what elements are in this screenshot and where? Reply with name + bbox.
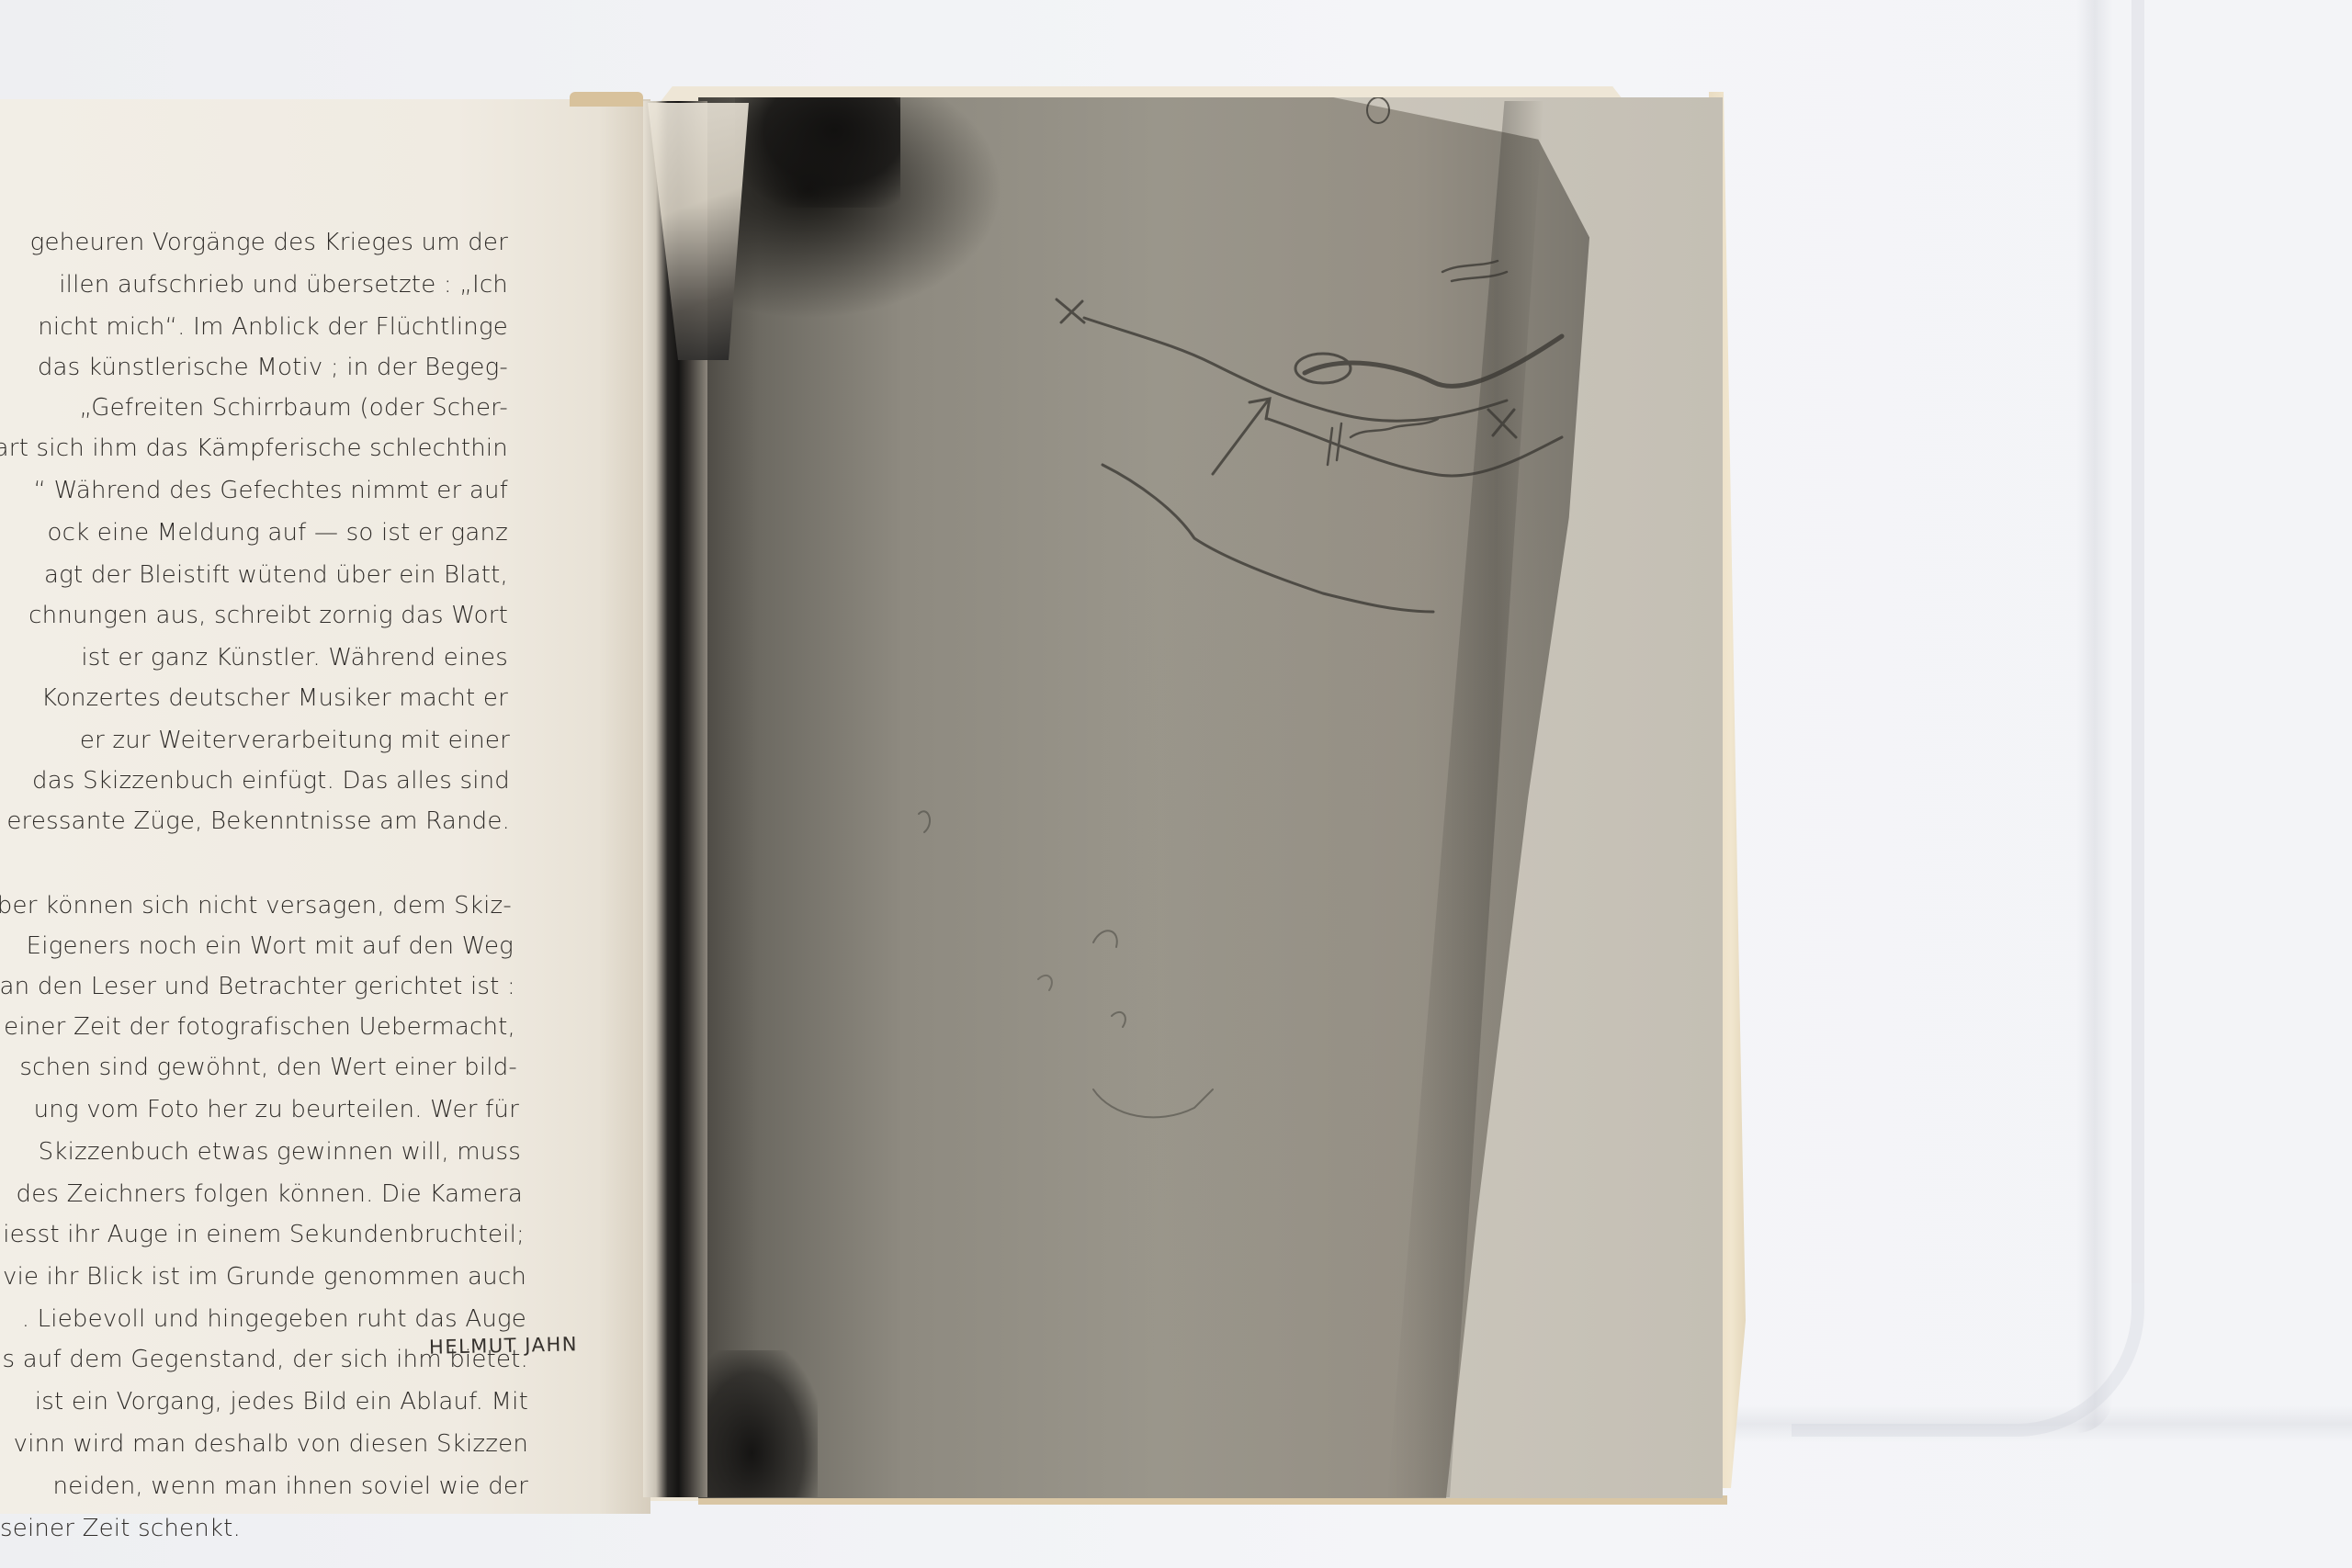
left-page: [0, 99, 650, 1514]
left-page-top-edge: [570, 92, 643, 107]
sketch-dark-bottom: [707, 1350, 818, 1497]
sketch-dark-corner: [735, 97, 900, 208]
tray-shadow-horizontal: [1727, 1405, 2352, 1442]
photo-scene: geheuren Vorgänge des Krieges um der ill…: [0, 0, 2352, 1568]
author-signature: HELMUT JAHN: [429, 1333, 578, 1358]
tray-shadow-vertical: [2076, 0, 2113, 1433]
